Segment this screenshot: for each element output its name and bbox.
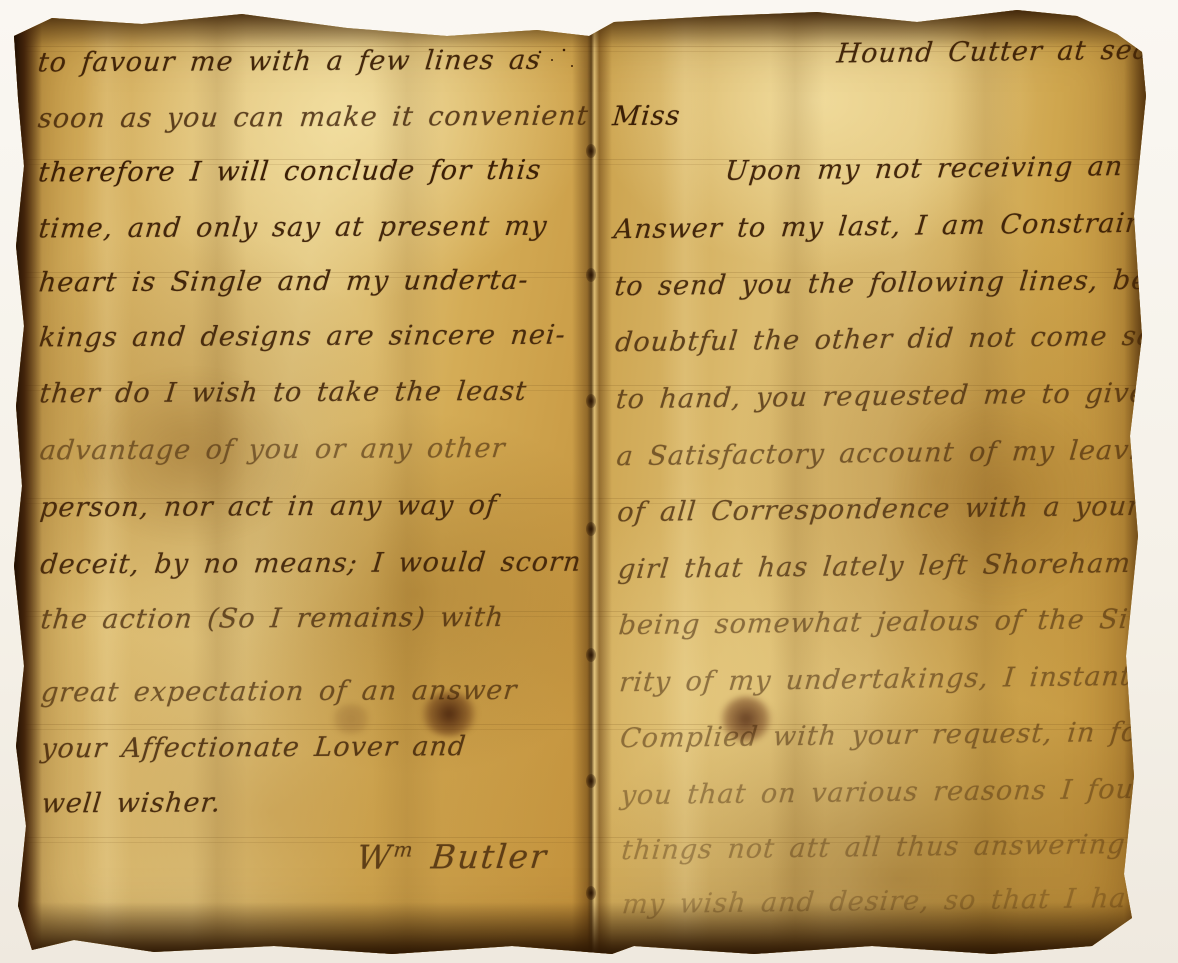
manuscript-line: deceit, by no means; I would scorn xyxy=(39,547,583,581)
manuscript-line: Answer to my last, I am Constrained xyxy=(612,207,1150,245)
manuscript-line: things not att all thus answering to xyxy=(620,828,1150,866)
manuscript-line: Upon my not receiving an xyxy=(724,151,1125,187)
manuscript-line: to hand, you requested me to give you xyxy=(615,377,1150,415)
manuscript-line: you that on various reasons I found xyxy=(619,773,1150,811)
manuscript-line: advantage of you or any other xyxy=(38,433,507,466)
signature-superscript: m xyxy=(392,837,415,861)
signature-surname: Butler xyxy=(412,837,550,877)
manuscript-line: to favour me with a few lines as xyxy=(36,45,542,79)
manuscript-line: the action (So I remains) with xyxy=(39,602,506,635)
manuscript-line: rity of my undertakings, I instantly xyxy=(618,661,1150,699)
open-letter-book: to favour me with a few lines as soon as… xyxy=(12,6,1150,954)
manuscript-line: your Affectionate Lover and xyxy=(40,731,468,764)
signature: Wm Butler xyxy=(355,837,550,877)
manuscript-line: my wish and desire, so that I have xyxy=(621,883,1150,921)
manuscript-line: Complied with your request, in forming xyxy=(619,716,1150,754)
manuscript-line: ther do I wish to take the least xyxy=(38,376,529,410)
manuscript-line: kings and designs are sincere nei- xyxy=(38,320,568,354)
manuscript-line: heart is Single and my underta- xyxy=(37,265,530,299)
manuscript-line: being somewhat jealous of the Since- xyxy=(617,603,1150,641)
manuscript-line: a Satisfactory account of my leaving xyxy=(615,434,1150,472)
manuscript-line: person, nor act in any way of xyxy=(39,490,499,523)
manuscript-line: therefore I will conclude for this xyxy=(37,155,543,189)
manuscript-line: girl that has lately left Shoreham xyxy=(617,548,1133,585)
manuscript-line: to send you the following lines, being xyxy=(613,264,1150,302)
right-page-text: Hound Cutter at sea Miss Upon my not rec… xyxy=(611,6,1150,954)
manuscript-line: time, and only say at present my xyxy=(37,211,549,245)
manuscript-line: doubtful the other did not come safe xyxy=(614,320,1150,358)
letter-heading: Hound Cutter at sea xyxy=(835,35,1103,69)
manuscript-line: of all Correspondence with a young xyxy=(616,491,1150,529)
manuscript-line: well wisher. xyxy=(40,787,223,819)
salutation: Miss xyxy=(611,100,682,132)
manuscript-line: great expectation of an answer xyxy=(40,675,519,709)
signature-initial: W xyxy=(355,838,395,877)
left-page-text: to favour me with a few lines as soon as… xyxy=(38,6,588,954)
manuscript-line: soon as you can make it convenient xyxy=(37,101,591,135)
